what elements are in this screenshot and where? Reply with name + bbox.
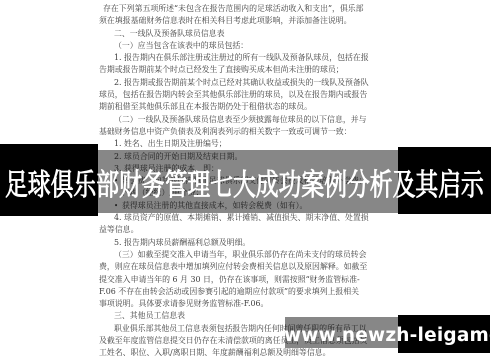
document-text-line: F.06 不存在由转会活动或因参赛引起的逾期应付款项”的要求填列上报相关 xyxy=(99,286,377,298)
watermark-url: www.newzh-leigame.com xyxy=(284,326,490,345)
document-text-line: 存在下列第五项所述“未包含在报告范围内的足球活动收入和支出”，俱乐部 xyxy=(99,3,377,15)
document-text-line: 1. 姓名、出生日期及注册编号； xyxy=(99,138,377,150)
document-text-line: 告期或报告期前某个时点已经发生了直接购买成本但尚未注册的球员； xyxy=(99,64,377,76)
headline-title: 足球俱乐部财务管理七大成功案例分析及其启示 xyxy=(5,170,500,202)
document-text-line: 2. 报告期或报告期前某个时点已经对其确认收益或损失的一线队及预备队 xyxy=(99,77,377,89)
document-text-line: 益等信息。 xyxy=(99,224,377,236)
document-text-line: 费，则应在球员信息表中增加填列应付转会费相关信息以及原因解释。如截至 xyxy=(99,261,377,273)
document-text-line: 提交准入申请当年的 6 月 30 日，仍存在该事项，则需按照“财务监管标准- xyxy=(99,274,377,286)
document-text-line: （三）如截至提交准入申请当年，职业俱乐部仍存在尚未支付的球员转会 xyxy=(99,249,377,261)
document-text-line: 须在填报基础财务信息表时在相关科目考虑此项影响，并添加备注说明。 xyxy=(99,15,377,27)
document-text-line: 1. 报告期内在俱乐部注册或注册过的所有一线队及预备队球员，包括在报 xyxy=(99,52,377,64)
document-text-line: 球员，包括在报告期内转会至其他俱乐部注册的球员，以及在报告期内或报告 xyxy=(99,89,377,101)
document-text-line: 4. 球员资产的原值、本期摊销、累计摊销、减值损失、期末净值、处置损 xyxy=(99,212,377,224)
document-text-line: 二、一线队及预备队球员信息表 xyxy=(99,28,377,40)
article-thumbnail: 存在下列第五项所述“未包含在报告范围内的足球活动收入和支出”，俱乐部须在填报基础… xyxy=(0,0,500,362)
document-text-line: 基础财务信息中资产负债表及利润表列示的相关数字一致或可调节一致： xyxy=(99,126,377,138)
document-text-line: （一）应当包含在该表中的球员包括： xyxy=(99,40,377,52)
document-text-line: 事项说明。具体要求请参见财务监管标准-F.06。 xyxy=(99,298,377,310)
document-text-line: 5. 报告期内球员薪酬福利总额及明细。 xyxy=(99,237,377,249)
document-text-line: 期前租借至其他俱乐部且在本报告期仍处于租借状态的球员。 xyxy=(99,101,377,113)
document-text-line: （二）一线队及预备队球员信息表至少须披露每位球员的以下信息，并与 xyxy=(99,114,377,126)
document-text-line: 工姓名、职位、入职/离职日期、年度薪酬福利总额及明细等信息。 xyxy=(99,347,377,359)
